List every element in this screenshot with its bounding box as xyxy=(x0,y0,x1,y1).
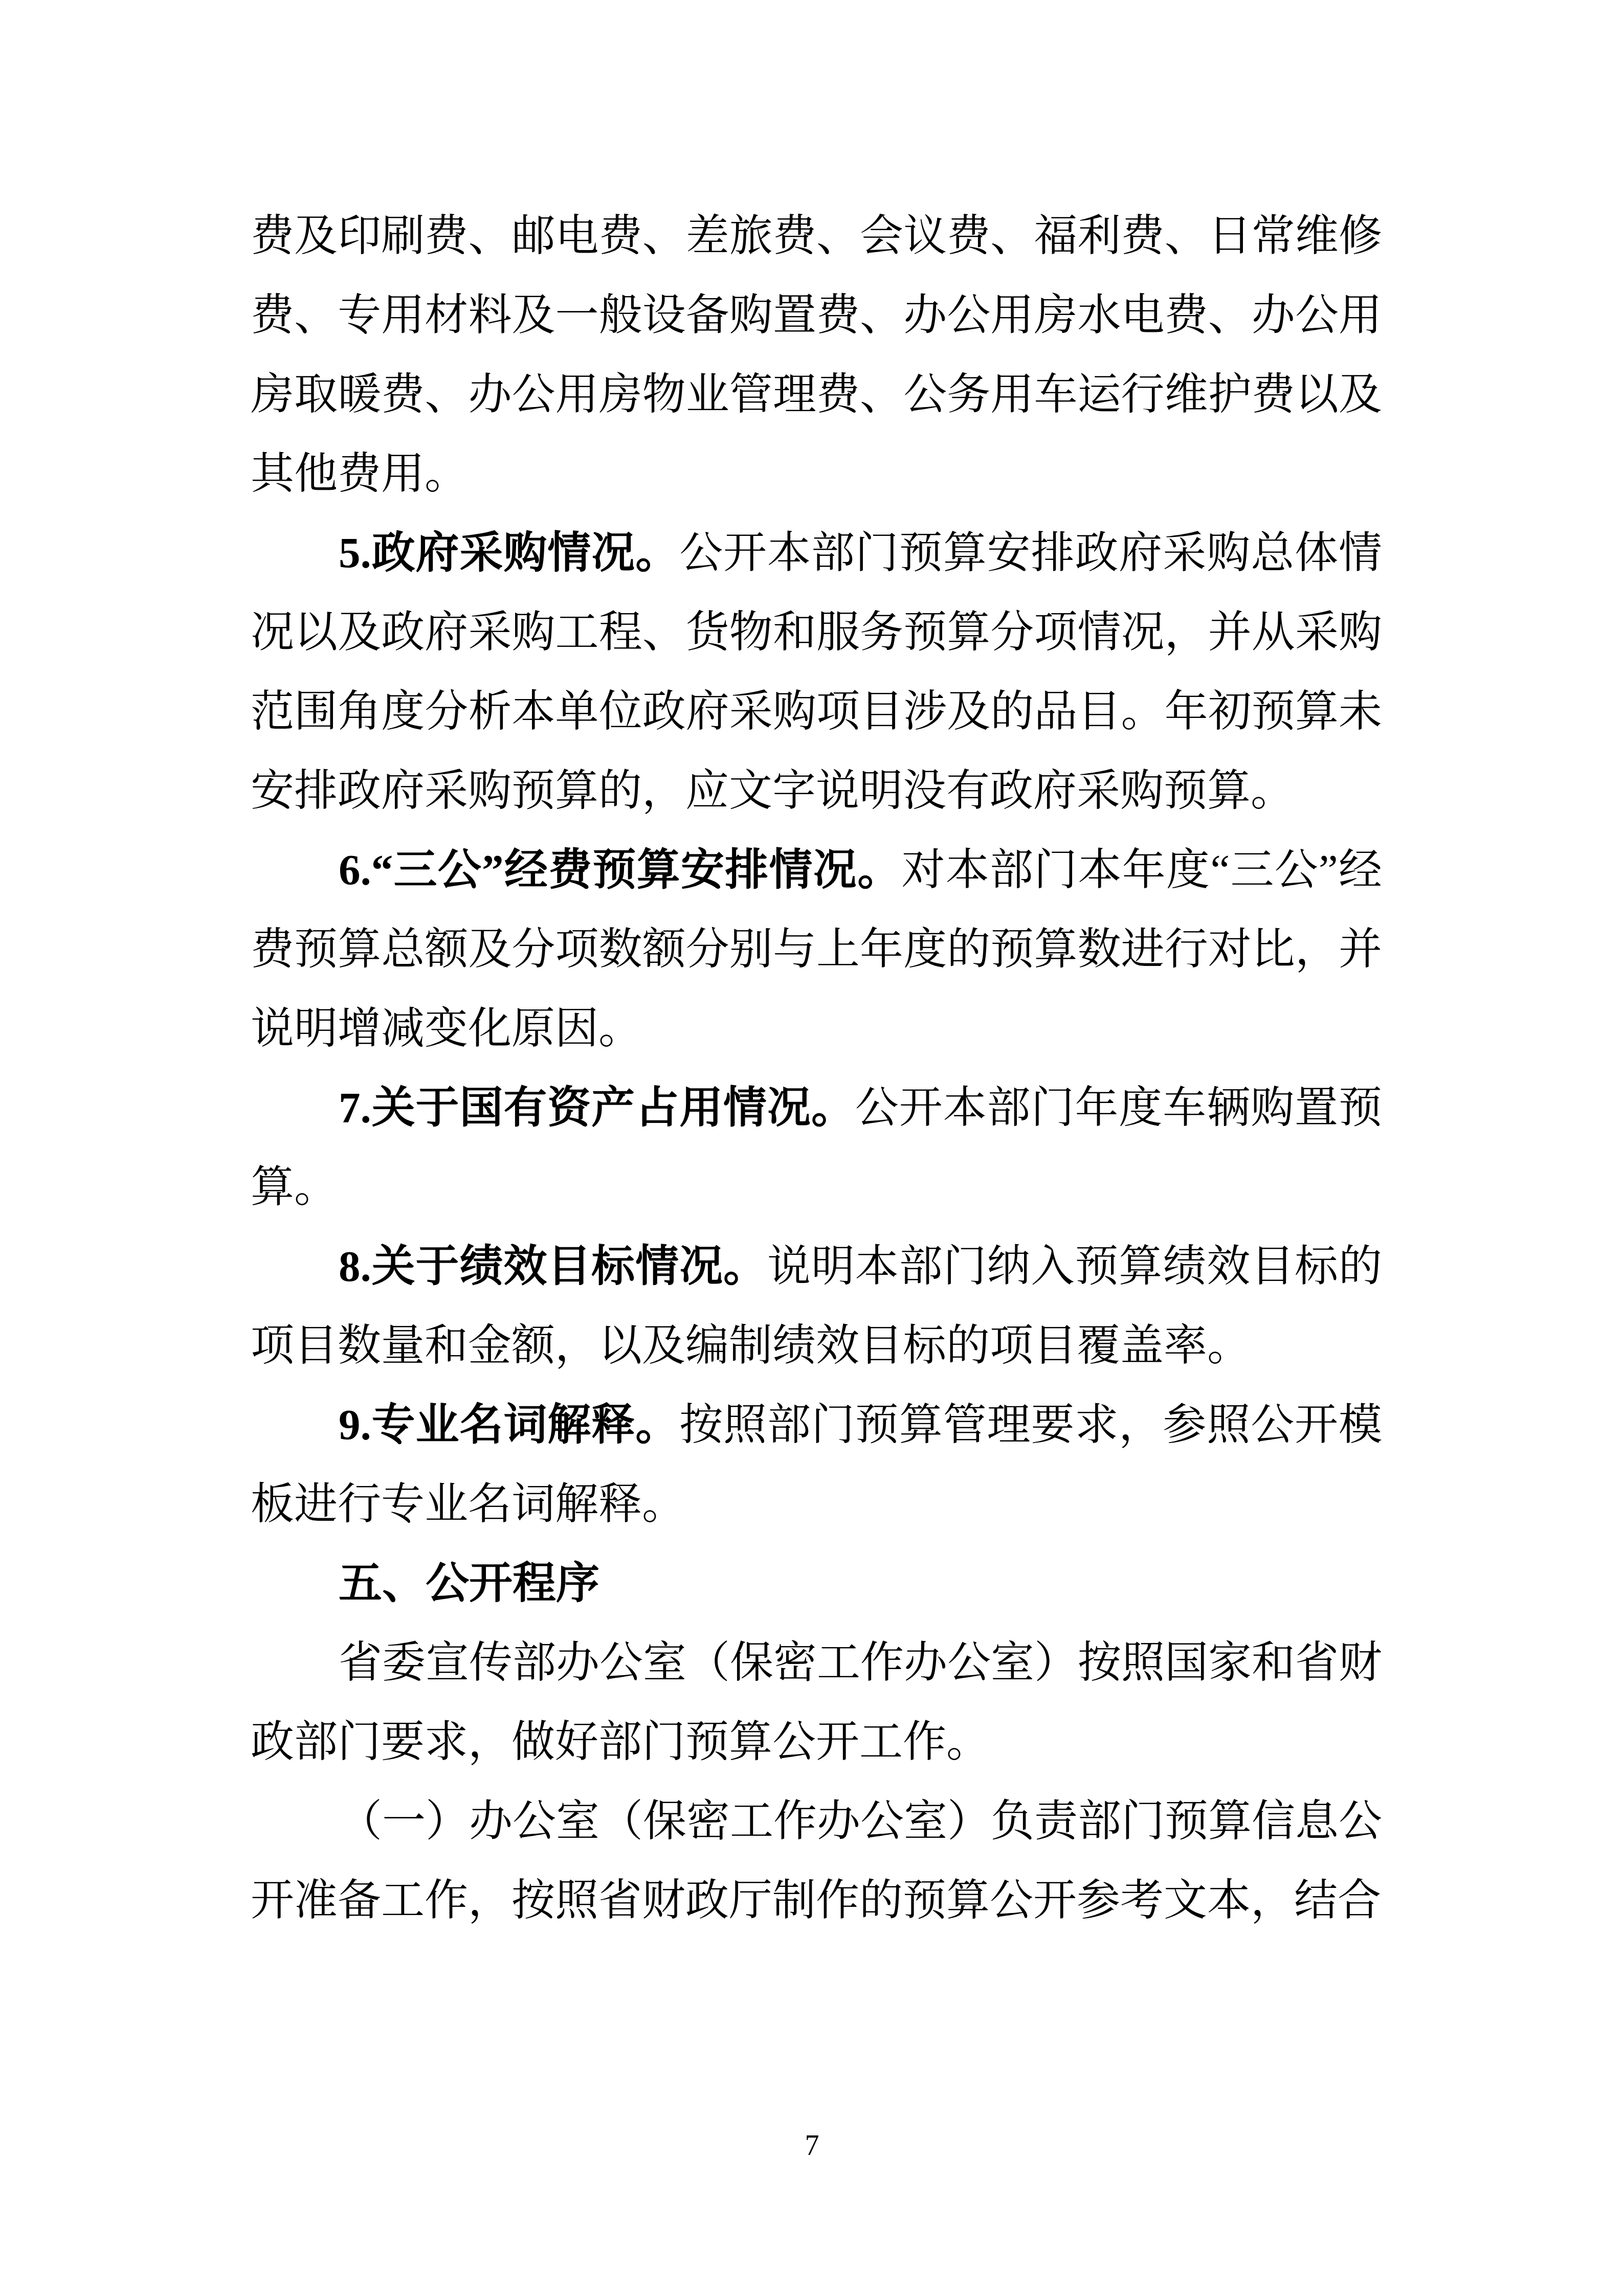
paragraph-lead: 5.政府采购情况。 xyxy=(339,529,679,577)
paragraph: 8.关于绩效目标情况。说明本部门纳入预算绩效目标的项目数量和金额，以及编制绩效目… xyxy=(251,1227,1382,1386)
document-page: 费及印刷费、邮电费、差旅费、会议费、福利费、日常维修费、专用材料及一般设备购置费… xyxy=(0,0,1624,2296)
paragraph-lead: 6.“三公”经费预算安排情况。 xyxy=(339,846,901,894)
paragraph-text: （一）办公室（保密工作办公室）负责部门预算信息公开准备工作，按照省财政厅制作的预… xyxy=(251,1797,1382,1925)
paragraph-lead: 9.专业名词解释。 xyxy=(339,1401,679,1449)
paragraph-lead: 7.关于国有资产占用情况。 xyxy=(339,1084,855,1132)
paragraph: （一）办公室（保密工作办公室）负责部门预算信息公开准备工作，按照省财政厅制作的预… xyxy=(251,1782,1382,1941)
paragraph: 费及印刷费、邮电费、差旅费、会议费、福利费、日常维修费、专用材料及一般设备购置费… xyxy=(251,197,1382,514)
page-number: 7 xyxy=(0,2131,1624,2160)
heading-text: 五、公开程序 xyxy=(339,1560,599,1608)
paragraph: 省委宣传部办公室（保密工作办公室）按照国家和省财政部门要求，做好部门预算公开工作… xyxy=(251,1624,1382,1782)
section-heading: 五、公开程序 xyxy=(251,1544,1382,1624)
paragraph: 6.“三公”经费预算安排情况。对本部门本年度“三公”经费预算总额及分项数额分别与… xyxy=(251,831,1382,1069)
paragraph-lead: 8.关于绩效目标情况。 xyxy=(339,1243,767,1291)
document-body: 费及印刷费、邮电费、差旅费、会议费、福利费、日常维修费、专用材料及一般设备购置费… xyxy=(251,197,1382,1941)
paragraph: 5.政府采购情况。公开本部门预算安排政府采购总体情况以及政府采购工程、货物和服务… xyxy=(251,514,1382,831)
paragraph-text: 省委宣传部办公室（保密工作办公室）按照国家和省财政部门要求，做好部门预算公开工作… xyxy=(251,1639,1382,1766)
paragraph: 9.专业名词解释。按照部门预算管理要求，参照公开模板进行专业名词解释。 xyxy=(251,1386,1382,1544)
paragraph-text: 费及印刷费、邮电费、差旅费、会议费、福利费、日常维修费、专用材料及一般设备购置费… xyxy=(251,212,1382,498)
paragraph: 7.关于国有资产占用情况。公开本部门年度车辆购置预算。 xyxy=(251,1069,1382,1227)
